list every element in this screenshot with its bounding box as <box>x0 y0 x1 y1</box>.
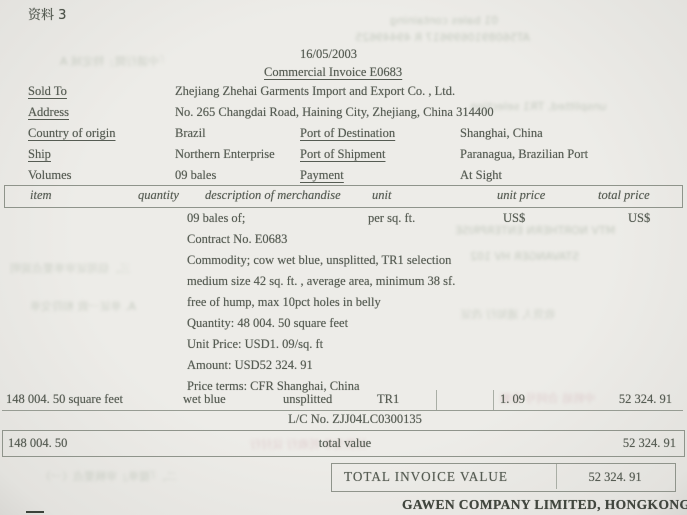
total-row-label: total value <box>280 436 410 452</box>
description-line: Contract No. E0683 <box>187 232 287 248</box>
scan-artifact <box>26 511 44 513</box>
sold-to-value: Zhejiang Zhehai Garments Import and Expo… <box>175 84 455 100</box>
unit-cell: per sq. ft. <box>368 211 415 227</box>
total-price-currency: US$ <box>628 211 650 227</box>
bleed-through-text: A. 单证一致 相符交单 <box>30 300 136 314</box>
line-total-price: 52 324. 91 <box>572 392 672 408</box>
company-name: GAWEN COMPANY LIMITED, HONGKONG <box>402 497 687 514</box>
port-of-destination-value: Shanghai, China <box>460 126 543 142</box>
description-line: medium size 42 sq. ft. , average area, m… <box>187 274 455 290</box>
unit-price-currency: US$ <box>503 211 525 227</box>
grand-total-value: 52 324. 91 <box>558 470 672 486</box>
column-header-item: item <box>30 188 52 204</box>
port-of-shipment-label: Port of Shipment <box>300 147 385 163</box>
sold-to-label: Sold To <box>28 84 67 100</box>
volumes-value: 09 bales <box>175 168 216 184</box>
table-header-box <box>4 185 683 208</box>
description-line: Quantity: 48 004. 50 square feet <box>187 316 348 332</box>
bleed-through-text: 收货人 通知行 改证 <box>460 308 555 322</box>
bleed-through-text: MTV NORTHERN ENTERPRISE <box>455 224 615 238</box>
country-of-origin-label: Country of origin <box>28 126 116 142</box>
line-commodity: wet blue <box>183 392 226 408</box>
cell-divider <box>436 390 437 411</box>
bleed-through-text: AT5608910699617 R 49449625 <box>355 31 530 45</box>
description-line: Unit Price: USD1. 09/sq. ft <box>187 337 323 353</box>
payment-label: Payment <box>300 168 344 184</box>
line-selection: TR1 <box>377 392 399 408</box>
row-divider <box>2 410 683 411</box>
grand-total-divider <box>556 464 557 489</box>
document-tag: 资料 3 <box>28 8 66 24</box>
description-line: Commodity; cow wet blue, unsplitted, TR1… <box>187 253 451 269</box>
bleed-through-text: STAVANGER HV 102 <box>470 250 579 264</box>
invoice-title: Commercial Invoice E0683 <box>264 65 402 81</box>
line-quantity: 148 004. 50 square feet <box>6 392 123 408</box>
description-line: Amount: USD52 324. 91 <box>187 358 313 374</box>
country-of-origin-value: Brazil <box>175 126 206 142</box>
description-line: free of hump, max 10pct holes in belly <box>187 295 381 311</box>
invoice-date: 16/05/2003 <box>300 47 357 63</box>
bleed-through-text: 二、『提单』审核要点（一） <box>40 470 178 484</box>
ship-value: Northern Enterprise <box>175 147 275 163</box>
address-value: No. 265 Changdai Road, Haining City, Zhe… <box>175 105 494 121</box>
column-header-quantity: quantity <box>138 188 179 204</box>
column-header-description: description of merchandise <box>205 188 341 204</box>
column-header-unit: unit <box>372 188 391 204</box>
description-intro: 09 bales of; <box>187 211 245 227</box>
column-header-unit-price: unit price <box>497 188 545 204</box>
bleed-through-text: 「中請行間」特定域 A <box>60 55 170 69</box>
line-split: unsplitted <box>283 392 332 408</box>
ship-label: Ship <box>28 147 51 163</box>
bleed-through-text: 01 bales containing <box>390 14 498 28</box>
port-of-shipment-value: Paranagua, Brazilian Port <box>460 147 588 163</box>
volumes-label: Volumes <box>28 168 72 184</box>
total-row-value: 52 324. 91 <box>576 436 676 452</box>
grand-total-label: TOTAL INVOICE VALUE <box>344 469 508 486</box>
line-unit-price: 1. 09 <box>500 392 525 408</box>
payment-value: At Sight <box>460 168 502 184</box>
port-of-destination-label: Port of Destination <box>300 126 395 142</box>
cell-divider <box>493 390 494 411</box>
invoice-document: 01 bales containing AT5608910699617 R 49… <box>0 0 687 515</box>
total-row-quantity: 148 004. 50 <box>8 436 67 452</box>
bleed-through-text: 三、信用证审单要点说明 <box>10 262 131 276</box>
lc-number: L/C No. ZJJ04LC0300135 <box>225 412 485 428</box>
column-header-total-price: total price <box>598 188 650 204</box>
address-label: Address <box>28 105 69 121</box>
